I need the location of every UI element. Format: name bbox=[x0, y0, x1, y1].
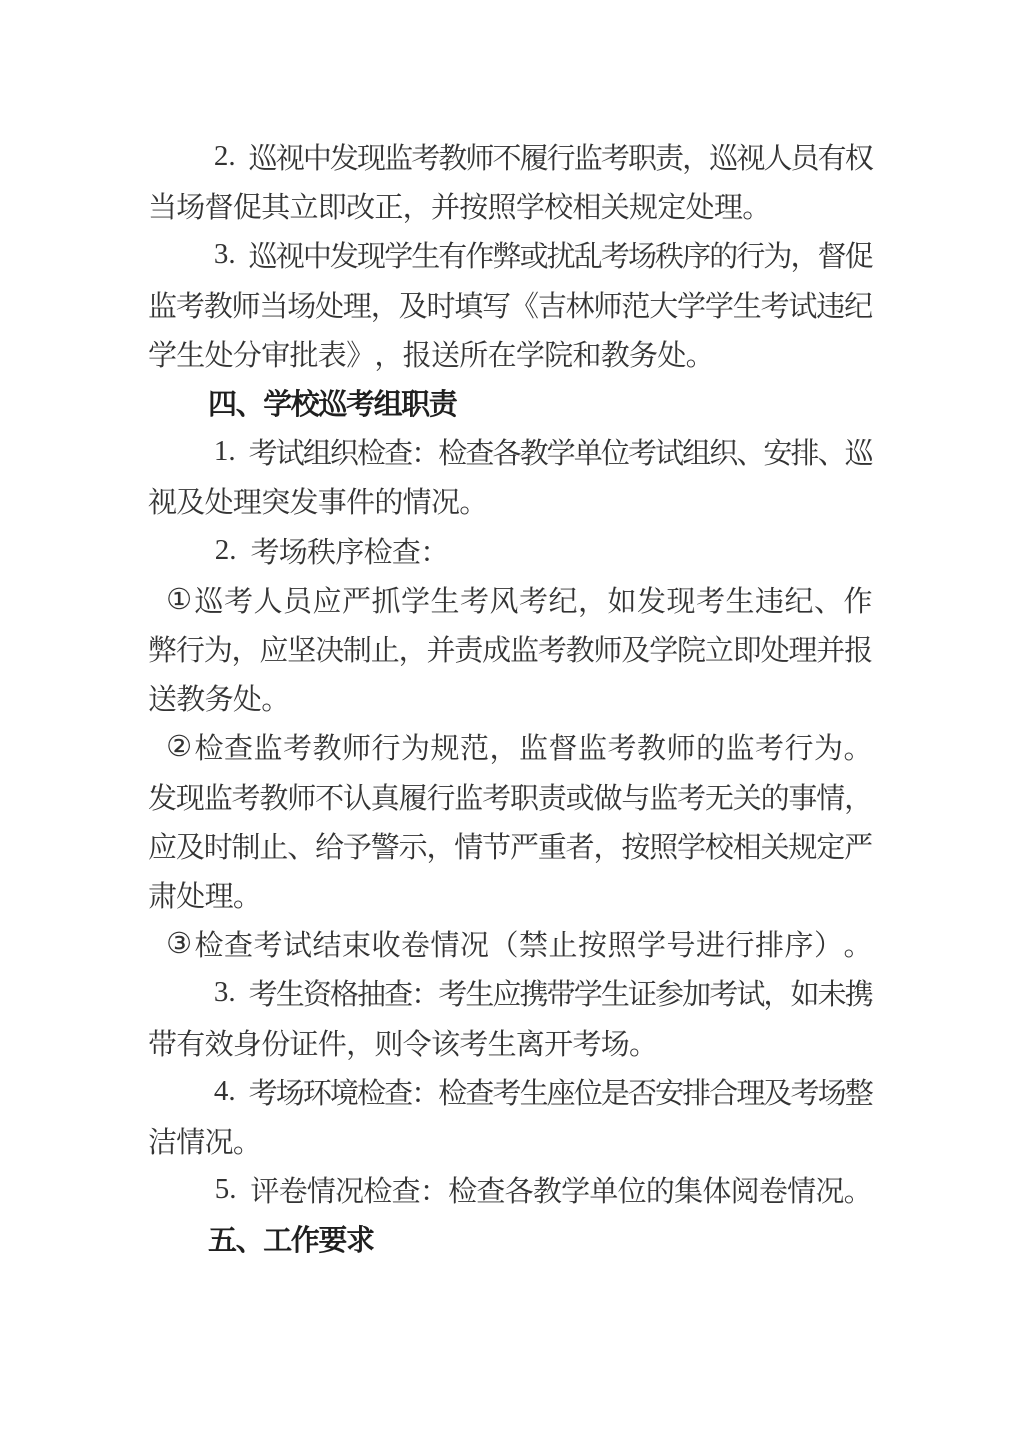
glyph: 坚 bbox=[287, 628, 315, 669]
glyph: 照 bbox=[649, 825, 677, 866]
glyph: 校 bbox=[705, 825, 733, 866]
glyph: 织 bbox=[330, 431, 357, 472]
glyph: 则 bbox=[374, 1022, 402, 1063]
glyph: 的 bbox=[374, 480, 402, 521]
glyph: 考 bbox=[482, 776, 510, 817]
glyph: 考 bbox=[346, 382, 374, 423]
glyph: 现 bbox=[176, 776, 204, 817]
glyph: 带 bbox=[547, 972, 574, 1013]
glyph: 巡 bbox=[318, 382, 346, 423]
glyph: 并 bbox=[426, 628, 454, 669]
glyph: 相 bbox=[572, 185, 600, 226]
glyph: 的 bbox=[761, 776, 789, 817]
glyph: 效 bbox=[205, 1022, 233, 1063]
glyph: 监 bbox=[254, 726, 282, 767]
glyph: 处 bbox=[205, 333, 233, 374]
glyph: 考 bbox=[411, 136, 438, 177]
glyph: 序 bbox=[785, 923, 813, 964]
glyph: 纪 bbox=[844, 284, 872, 325]
glyph: 3. bbox=[208, 976, 249, 1009]
glyph: 师 bbox=[232, 284, 260, 325]
glyph: 情 bbox=[431, 923, 459, 964]
glyph: 1. bbox=[208, 435, 249, 468]
glyph: ， bbox=[399, 628, 427, 669]
glyph: 及 bbox=[399, 284, 427, 325]
glyph: 。 bbox=[844, 1169, 872, 1210]
glyph: 《 bbox=[510, 284, 538, 325]
glyph: 规 bbox=[629, 185, 657, 226]
glyph: 各 bbox=[492, 431, 519, 472]
glyph: ， bbox=[763, 972, 790, 1013]
glyph: 场 bbox=[276, 1071, 303, 1112]
glyph: 者 bbox=[566, 825, 594, 866]
text-line: ②检查监考教师行为规范，监督监考教师的监考行为。 bbox=[165, 722, 872, 771]
glyph: 考 bbox=[249, 1071, 276, 1112]
glyph: 况 bbox=[815, 1169, 843, 1210]
glyph: 试 bbox=[283, 923, 311, 964]
glyph: 监 bbox=[726, 726, 754, 767]
glyph: 学 bbox=[649, 628, 677, 669]
glyph: 序 bbox=[335, 530, 363, 571]
glyph: 开 bbox=[544, 1022, 572, 1063]
glyph: 严 bbox=[342, 579, 370, 620]
glyph: 学 bbox=[401, 579, 429, 620]
glyph: 学 bbox=[263, 382, 291, 423]
glyph: 关 bbox=[601, 185, 629, 226]
glyph: 况 bbox=[431, 480, 459, 521]
glyph: 学 bbox=[148, 333, 176, 374]
glyph: 纪 bbox=[549, 579, 577, 620]
glyph: 查 bbox=[465, 1071, 492, 1112]
glyph: 、 bbox=[736, 431, 763, 472]
text-line: 当场督促其立即改正，并按照学校相关规定处理。 bbox=[148, 181, 771, 230]
document-body: 2. 巡视中发现监考教师不履行监考职责，巡视人员有权当场督促其立即改正，并按照学… bbox=[148, 132, 872, 1312]
glyph: 不 bbox=[315, 776, 343, 817]
glyph: 为 bbox=[814, 726, 842, 767]
text-line: 肃处理。 bbox=[148, 870, 261, 919]
glyph: 时 bbox=[204, 825, 232, 866]
glyph: 位 bbox=[618, 1169, 646, 1210]
glyph: 学 bbox=[574, 972, 601, 1013]
text-line: 弊行为，应坚决制止，并责成监考教师及学院立即处理并报 bbox=[148, 624, 872, 673]
glyph: 监 bbox=[519, 726, 547, 767]
glyph: 带 bbox=[148, 1022, 176, 1063]
glyph: 参 bbox=[655, 972, 682, 1013]
glyph: 止 bbox=[549, 923, 577, 964]
glyph: 位 bbox=[574, 1071, 601, 1112]
glyph: 视 bbox=[148, 480, 176, 521]
glyph: 教 bbox=[601, 333, 629, 374]
glyph: 决 bbox=[315, 628, 343, 669]
glyph: 处 bbox=[205, 480, 233, 521]
glyph: 五 bbox=[208, 1218, 236, 1259]
glyph: 应 bbox=[492, 972, 519, 1013]
glyph: 场 bbox=[601, 1022, 629, 1063]
glyph: 发 bbox=[330, 234, 357, 275]
glyph: 行 bbox=[726, 923, 754, 964]
glyph: 考 bbox=[459, 1022, 487, 1063]
glyph: 学 bbox=[516, 185, 544, 226]
glyph: 员 bbox=[283, 579, 311, 620]
glyph: 督 bbox=[818, 234, 845, 275]
glyph: 违 bbox=[816, 284, 844, 325]
text-line: 5. 评卷情况检查：检查各教学单位的集体阅卷情况。 bbox=[208, 1165, 872, 1214]
glyph: 即 bbox=[733, 628, 761, 669]
glyph: 或 bbox=[520, 234, 547, 275]
glyph: 排 bbox=[755, 923, 783, 964]
glyph: 教 bbox=[566, 628, 594, 669]
text-line: 1. 考试组织检查：检查各教学单位考试组织、安排、巡 bbox=[208, 427, 872, 476]
glyph: 生 bbox=[726, 579, 754, 620]
glyph: 卷 bbox=[401, 923, 429, 964]
glyph: 学 bbox=[677, 284, 705, 325]
glyph: 风 bbox=[490, 579, 518, 620]
glyph: 查 bbox=[384, 431, 411, 472]
glyph: 组 bbox=[303, 431, 330, 472]
glyph: 组 bbox=[682, 431, 709, 472]
glyph: 报 bbox=[403, 333, 431, 374]
glyph: 考 bbox=[250, 530, 278, 571]
glyph: 范 bbox=[460, 726, 488, 767]
glyph: 安 bbox=[655, 1071, 682, 1112]
glyph: 规 bbox=[431, 726, 459, 767]
glyph: 时 bbox=[426, 284, 454, 325]
glyph: 离 bbox=[516, 1022, 544, 1063]
glyph: 未 bbox=[818, 972, 845, 1013]
glyph: 查 bbox=[392, 1169, 420, 1210]
glyph: 校 bbox=[291, 382, 319, 423]
glyph: 行 bbox=[547, 136, 574, 177]
glyph: 体 bbox=[702, 1169, 730, 1210]
glyph: 严 bbox=[510, 825, 538, 866]
glyph: 学 bbox=[705, 284, 733, 325]
glyph: 收 bbox=[372, 923, 400, 964]
glyph: 及 bbox=[176, 480, 204, 521]
glyph: 监 bbox=[574, 136, 601, 177]
glyph: 职 bbox=[628, 136, 655, 177]
glyph: 生 bbox=[176, 333, 204, 374]
glyph: 境 bbox=[330, 1071, 357, 1112]
glyph: 重 bbox=[538, 825, 566, 866]
glyph: 制 bbox=[343, 628, 371, 669]
glyph: 考 bbox=[283, 726, 311, 767]
glyph: 真 bbox=[371, 776, 399, 817]
glyph: 检 bbox=[195, 726, 223, 767]
glyph: 务 bbox=[629, 333, 657, 374]
glyph: 处 bbox=[657, 333, 685, 374]
glyph: 。 bbox=[742, 185, 770, 226]
glyph: ： bbox=[411, 431, 438, 472]
glyph: 严 bbox=[844, 825, 872, 866]
glyph: 理 bbox=[788, 628, 816, 669]
glyph: 师 bbox=[342, 726, 370, 767]
glyph: 当 bbox=[148, 185, 176, 226]
glyph: 作 bbox=[844, 579, 872, 620]
glyph: 场 bbox=[287, 284, 315, 325]
glyph: 给 bbox=[315, 825, 343, 866]
glyph: 做 bbox=[594, 776, 622, 817]
glyph: 其 bbox=[261, 185, 289, 226]
glyph: 当 bbox=[259, 284, 287, 325]
glyph: 查 bbox=[392, 530, 420, 571]
glyph: 有 bbox=[818, 136, 845, 177]
glyph: 及 bbox=[621, 628, 649, 669]
glyph: 4. bbox=[208, 1075, 249, 1108]
glyph: 场 bbox=[279, 530, 307, 571]
glyph: 》 bbox=[346, 333, 374, 374]
glyph: 按 bbox=[578, 923, 606, 964]
glyph: 考 bbox=[492, 1071, 519, 1112]
glyph: 作 bbox=[291, 1218, 319, 1259]
glyph: 洁 bbox=[148, 1120, 176, 1161]
glyph: 携 bbox=[520, 972, 547, 1013]
glyph: 考 bbox=[608, 726, 636, 767]
glyph: 巡 bbox=[249, 234, 276, 275]
glyph: 员 bbox=[791, 136, 818, 177]
document-page: 2. 巡视中发现监考教师不履行监考职责，巡视人员有权当场督促其立即改正，并按照学… bbox=[0, 0, 1024, 1448]
glyph: 监 bbox=[148, 284, 176, 325]
glyph: 事 bbox=[788, 776, 816, 817]
glyph: 秩 bbox=[307, 530, 335, 571]
glyph: 师 bbox=[287, 776, 315, 817]
glyph: 在 bbox=[488, 333, 516, 374]
glyph: ， bbox=[426, 825, 454, 866]
glyph: 合 bbox=[709, 1071, 736, 1112]
glyph: 。 bbox=[459, 480, 487, 521]
glyph: 考 bbox=[791, 1071, 818, 1112]
glyph: 考 bbox=[224, 579, 252, 620]
glyph: 证 bbox=[289, 1022, 317, 1063]
glyph: 教 bbox=[637, 726, 665, 767]
glyph: 监 bbox=[649, 776, 677, 817]
glyph: 考 bbox=[519, 579, 547, 620]
glyph: 情 bbox=[454, 825, 482, 866]
glyph: 、 bbox=[818, 431, 845, 472]
glyph: 、 bbox=[287, 825, 315, 866]
glyph: 巡 bbox=[249, 136, 276, 177]
glyph: 教 bbox=[259, 776, 287, 817]
glyph: 视 bbox=[736, 136, 763, 177]
glyph: 弊 bbox=[492, 234, 519, 275]
glyph: 、 bbox=[814, 579, 842, 620]
glyph: 卷 bbox=[279, 1169, 307, 1210]
glyph: 如 bbox=[608, 579, 636, 620]
glyph: 师 bbox=[667, 726, 695, 767]
glyph: 理 bbox=[233, 480, 261, 521]
glyph: 师 bbox=[594, 284, 622, 325]
glyph: 场 bbox=[628, 234, 655, 275]
glyph: 监 bbox=[510, 628, 538, 669]
glyph: 监 bbox=[204, 776, 232, 817]
glyph: 生 bbox=[465, 972, 492, 1013]
glyph: 审 bbox=[261, 333, 289, 374]
glyph: 行 bbox=[785, 726, 813, 767]
glyph: 突 bbox=[261, 480, 289, 521]
glyph: 检 bbox=[448, 1169, 476, 1210]
glyph: 单 bbox=[589, 1169, 617, 1210]
glyph: 扰 bbox=[547, 234, 574, 275]
glyph: 教 bbox=[176, 677, 204, 718]
glyph: 作 bbox=[465, 234, 492, 275]
glyph: 表 bbox=[318, 333, 346, 374]
glyph: 促 bbox=[233, 185, 261, 226]
glyph: 场 bbox=[818, 1071, 845, 1112]
text-line: 学生处分审批表》，报送所在学院和教务处。 bbox=[148, 329, 714, 378]
glyph: ， bbox=[578, 579, 606, 620]
glyph: 监 bbox=[384, 136, 411, 177]
glyph: 发 bbox=[289, 480, 317, 521]
glyph: 安 bbox=[763, 431, 790, 472]
glyph: 组 bbox=[374, 382, 402, 423]
glyph: 现 bbox=[357, 136, 384, 177]
glyph: 止 bbox=[371, 628, 399, 669]
glyph: 要 bbox=[318, 1218, 346, 1259]
glyph: 阅 bbox=[731, 1169, 759, 1210]
glyph: 考 bbox=[572, 1022, 600, 1063]
glyph: 结 bbox=[313, 923, 341, 964]
glyph: 及 bbox=[763, 1071, 790, 1112]
glyph: 教 bbox=[520, 431, 547, 472]
glyph: ） bbox=[814, 923, 842, 964]
text-line: 4. 考场环境检查：检查考生座位是否安排合理及考场整 bbox=[208, 1067, 872, 1116]
glyph: 检 bbox=[357, 1071, 384, 1112]
glyph: 各 bbox=[505, 1169, 533, 1210]
glyph: 人 bbox=[254, 579, 282, 620]
glyph: 巡 bbox=[845, 431, 872, 472]
glyph: ， bbox=[232, 628, 260, 669]
glyph: 号 bbox=[667, 923, 695, 964]
glyph: 督 bbox=[549, 726, 577, 767]
glyph: 单 bbox=[574, 431, 601, 472]
glyph: 院 bbox=[544, 333, 572, 374]
glyph: 正 bbox=[374, 185, 402, 226]
glyph: 即 bbox=[318, 185, 346, 226]
glyph: 关 bbox=[733, 776, 761, 817]
text-line: 发现监考教师不认真履行监考职责或做与监考无关的事情， bbox=[148, 772, 872, 821]
glyph: 5. bbox=[208, 1173, 250, 1206]
glyph: 现 bbox=[357, 234, 384, 275]
glyph: 不 bbox=[492, 136, 519, 177]
glyph: 定 bbox=[657, 185, 685, 226]
glyph: 查 bbox=[224, 726, 252, 767]
glyph: 行 bbox=[736, 234, 763, 275]
glyph: 束 bbox=[342, 923, 370, 964]
glyph: 教 bbox=[438, 136, 465, 177]
glyph: ， bbox=[791, 234, 818, 275]
glyph: 处 bbox=[686, 185, 714, 226]
glyph: 座 bbox=[547, 1071, 574, 1112]
text-line: ③检查考试结束收卷情况（禁止按照学号进行排序）。 bbox=[165, 919, 872, 968]
glyph: 考 bbox=[628, 431, 655, 472]
glyph: 学 bbox=[561, 1169, 589, 1210]
glyph: ： bbox=[420, 1169, 448, 1210]
glyph: 职 bbox=[401, 382, 429, 423]
glyph: 或 bbox=[566, 776, 594, 817]
glyph: 的 bbox=[709, 234, 736, 275]
glyph: 情 bbox=[816, 776, 844, 817]
glyph: 抽 bbox=[357, 972, 384, 1013]
glyph: 情 bbox=[403, 480, 431, 521]
glyph: 整 bbox=[845, 1071, 872, 1112]
glyph: 考 bbox=[176, 284, 204, 325]
glyph: 行 bbox=[372, 726, 400, 767]
glyph: 考 bbox=[601, 234, 628, 275]
glyph: 。 bbox=[844, 923, 872, 964]
glyph: 排 bbox=[682, 1071, 709, 1112]
glyph: 。 bbox=[233, 1120, 261, 1161]
glyph: 责 bbox=[454, 628, 482, 669]
glyph: 履 bbox=[520, 136, 547, 177]
glyph: 生 bbox=[733, 284, 761, 325]
glyph: （ bbox=[490, 923, 518, 964]
glyph: 现 bbox=[667, 579, 695, 620]
glyph: 况 bbox=[205, 1120, 233, 1161]
glyph: 理 bbox=[736, 1071, 763, 1112]
glyph: 求 bbox=[346, 1218, 374, 1259]
glyph: 考 bbox=[761, 284, 789, 325]
glyph: 生 bbox=[431, 579, 459, 620]
glyph: 排 bbox=[791, 431, 818, 472]
glyph: 予 bbox=[343, 825, 371, 866]
glyph: 生 bbox=[601, 972, 628, 1013]
glyph: 弊 bbox=[148, 628, 176, 669]
glyph: 份 bbox=[261, 1022, 289, 1063]
glyph: 改 bbox=[346, 185, 374, 226]
glyph: 职 bbox=[510, 776, 538, 817]
glyph: ， bbox=[682, 136, 709, 177]
glyph: 考 bbox=[538, 628, 566, 669]
glyph: 学 bbox=[637, 923, 665, 964]
glyph: 教 bbox=[313, 726, 341, 767]
glyph: 携 bbox=[845, 972, 872, 1013]
glyph: ③ bbox=[165, 926, 193, 961]
glyph: ， bbox=[403, 185, 431, 226]
glyph: 考 bbox=[677, 776, 705, 817]
glyph: ， bbox=[594, 825, 622, 866]
glyph: 发 bbox=[637, 579, 665, 620]
glyph: 理 bbox=[714, 185, 742, 226]
glyph: 止 bbox=[259, 825, 287, 866]
text-line: 2. 巡视中发现监考教师不履行监考职责，巡视人员有权 bbox=[208, 132, 872, 181]
glyph: 送 bbox=[148, 677, 176, 718]
glyph: ， bbox=[371, 284, 399, 325]
glyph: 集 bbox=[674, 1169, 702, 1210]
glyph: ， bbox=[346, 1022, 374, 1063]
glyph: 肃 bbox=[148, 874, 176, 915]
glyph: 场 bbox=[176, 185, 204, 226]
glyph: 权 bbox=[845, 136, 872, 177]
glyph: 检 bbox=[195, 923, 223, 964]
glyph: 查 bbox=[384, 1071, 411, 1112]
glyph: 吉 bbox=[538, 284, 566, 325]
glyph: 批 bbox=[289, 333, 317, 374]
glyph: 为 bbox=[763, 234, 790, 275]
glyph: 中 bbox=[303, 136, 330, 177]
glyph: 试 bbox=[736, 972, 763, 1013]
glyph: 情 bbox=[307, 1169, 335, 1210]
glyph: 示 bbox=[399, 825, 427, 866]
glyph: 师 bbox=[594, 628, 622, 669]
glyph: 查 bbox=[384, 972, 411, 1013]
glyph: 资 bbox=[303, 972, 330, 1013]
glyph: 情 bbox=[176, 1120, 204, 1161]
glyph: 件 bbox=[346, 480, 374, 521]
glyph: 格 bbox=[330, 972, 357, 1013]
glyph: 处 bbox=[761, 628, 789, 669]
glyph: 巡 bbox=[195, 579, 223, 620]
glyph: 证 bbox=[628, 972, 655, 1013]
glyph: 卷 bbox=[759, 1169, 787, 1210]
